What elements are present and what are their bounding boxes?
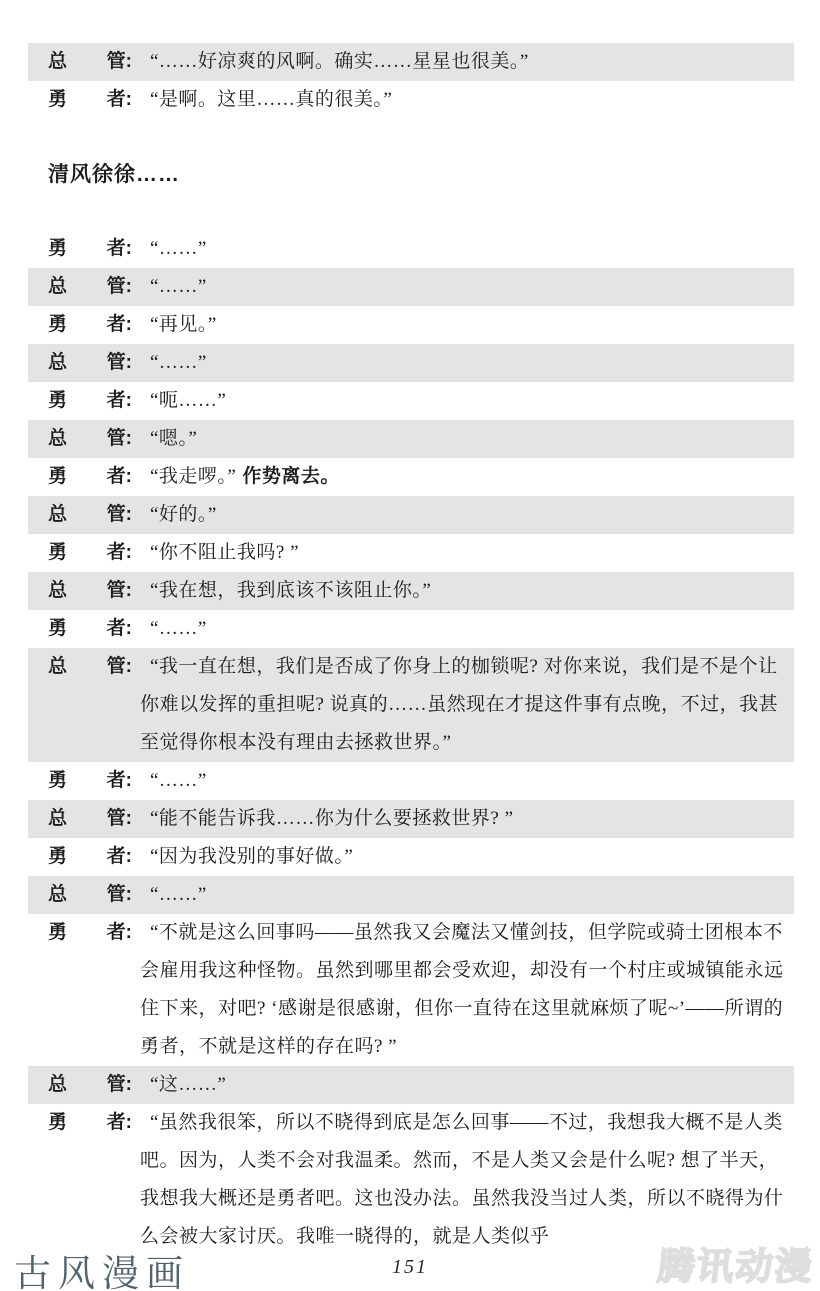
speaker-char: 管: <box>107 876 132 914</box>
speaker-char: 者: <box>107 610 132 648</box>
dialogue-row: 总管:“……好凉爽的风啊。确实……星星也很美。” <box>28 43 794 81</box>
stage-direction: 作势离去。 <box>242 466 340 487</box>
speaker-char: 管: <box>107 572 132 610</box>
speaker-char: 管: <box>107 1066 132 1104</box>
speaker-char: 勇 <box>48 914 67 952</box>
speaker-char: 总 <box>48 648 67 686</box>
dialogue-row: 勇者:“不就是这么回事吗——虽然我又会魔法又懂剑技，但学院或骑士团根本不会雇用我… <box>28 914 794 1066</box>
speaker-char: 者: <box>107 81 132 119</box>
speaker-char: 总 <box>48 344 67 382</box>
speaker-char: 管: <box>107 268 132 306</box>
speaker-label: 总管: <box>48 344 132 382</box>
speaker-char: 总 <box>48 420 67 458</box>
speaker-label: 勇者: <box>48 458 132 496</box>
speaker-label: 勇者: <box>48 306 132 344</box>
dialogue-row: 勇者:“你不阻止我吗? ” <box>28 534 794 572</box>
speaker-label: 总管: <box>48 496 132 534</box>
speaker-char: 勇 <box>48 1104 67 1142</box>
speaker-char: 者: <box>107 1104 132 1142</box>
speaker-label: 总管: <box>48 268 132 306</box>
dialogue-row: 总管:“我一直在想，我们是否成了你身上的枷锁呢? 对你来说，我们是不是个让你难以… <box>28 648 794 762</box>
dialogue-text: “……” <box>140 610 785 648</box>
dialogue-text: “……” <box>140 762 785 800</box>
dialogue-row: 勇者:“是啊。这里……真的很美。” <box>28 81 794 119</box>
speaker-char: 管: <box>107 344 132 382</box>
dialogue-page: 总管:“……好凉爽的风啊。确实……星星也很美。”勇者:“是啊。这里……真的很美。… <box>0 0 820 1256</box>
speaker-char: 者: <box>107 230 132 268</box>
dialogue-text: “我一直在想，我们是否成了你身上的枷锁呢? 对你来说，我们是不是个让你难以发挥的… <box>140 648 785 762</box>
dialogue-row: 总管:“……” <box>28 876 794 914</box>
dialogue-text: “……” <box>140 876 785 914</box>
speaker-char: 者: <box>107 762 132 800</box>
speaker-char: 勇 <box>48 610 67 648</box>
dialogue-text: “再见。” <box>140 306 785 344</box>
dialogue-text: “……” <box>140 268 785 306</box>
speaker-label: 总管: <box>48 648 132 686</box>
dialogue-text: “我在想，我到底该不该阻止你。” <box>140 572 785 610</box>
speaker-char: 总 <box>48 496 67 534</box>
tencent-comics-watermark: 腾讯动漫 <box>655 1236 817 1290</box>
speaker-char: 总 <box>48 43 67 81</box>
speaker-char: 勇 <box>48 306 67 344</box>
speaker-char: 总 <box>48 572 67 610</box>
dialogue-text: “能不能告诉我……你为什么要拯救世界? ” <box>140 800 785 838</box>
dialogue-text: “呃……” <box>140 382 785 420</box>
speaker-char: 勇 <box>48 382 67 420</box>
dialogue-row: 总管:“好的。” <box>28 496 794 534</box>
dialogue-row: 总管:“这……” <box>28 1066 794 1104</box>
speaker-label: 总管: <box>48 876 132 914</box>
speaker-label: 勇者: <box>48 230 132 268</box>
speaker-char: 者: <box>107 914 132 952</box>
speaker-label: 勇者: <box>48 534 132 572</box>
speaker-label: 总管: <box>48 420 132 458</box>
dialogue-text: “不就是这么回事吗——虽然我又会魔法又懂剑技，但学院或骑士团根本不会雇用我这种怪… <box>140 914 785 1066</box>
speaker-label: 勇者: <box>48 838 132 876</box>
dialogue-text: “虽然我很笨，所以不晓得到底是怎么回事——不过，我想我大概不是人类吧。因为，人类… <box>140 1104 785 1256</box>
speaker-label: 总管: <box>48 572 132 610</box>
speaker-label: 勇者: <box>48 610 132 648</box>
speaker-char: 管: <box>107 496 132 534</box>
dialogue-row: 总管:“嗯。” <box>28 420 794 458</box>
speaker-label: 总管: <box>48 1066 132 1104</box>
dialogue-row: 勇者:“……” <box>28 762 794 800</box>
speaker-char: 者: <box>107 306 132 344</box>
dialogue-text: “你不阻止我吗? ” <box>140 534 785 572</box>
dialogue-text: “……” <box>140 230 785 268</box>
speaker-char: 管: <box>107 420 132 458</box>
speaker-char: 管: <box>107 648 132 686</box>
dialogue-section-top: 总管:“……好凉爽的风啊。确实……星星也很美。”勇者:“是啊。这里……真的很美。… <box>0 43 820 119</box>
speaker-char: 勇 <box>48 838 67 876</box>
dialogue-text: “嗯。” <box>140 420 785 458</box>
speaker-label: 勇者: <box>48 914 132 952</box>
speaker-char: 总 <box>48 876 67 914</box>
dialogue-text: “因为我没别的事好做。” <box>140 838 785 876</box>
speaker-char: 管: <box>107 800 132 838</box>
dialogue-row: 勇者:“呃……” <box>28 382 794 420</box>
dialogue-row: 勇者:“再见。” <box>28 306 794 344</box>
dialogue-row: 勇者:“……” <box>28 230 794 268</box>
speaker-char: 者: <box>107 534 132 572</box>
speaker-label: 勇者: <box>48 1104 132 1142</box>
speaker-label: 总管: <box>48 800 132 838</box>
speaker-label: 总管: <box>48 43 132 81</box>
dialogue-text: “……好凉爽的风啊。确实……星星也很美。” <box>140 43 785 81</box>
speaker-char: 者: <box>107 838 132 876</box>
dialogue-row: 总管:“……” <box>28 268 794 306</box>
speaker-char: 管: <box>107 43 132 81</box>
speaker-char: 者: <box>107 458 132 496</box>
speaker-char: 勇 <box>48 534 67 572</box>
speaker-char: 总 <box>48 800 67 838</box>
speaker-char: 者: <box>107 382 132 420</box>
speaker-char: 勇 <box>48 230 67 268</box>
scene-heading: 清风徐徐…… <box>48 160 820 190</box>
dialogue-text: “好的。” <box>140 496 785 534</box>
dialogue-row: 总管:“能不能告诉我……你为什么要拯救世界? ” <box>28 800 794 838</box>
dialogue-row: 勇者:“因为我没别的事好做。” <box>28 838 794 876</box>
speaker-char: 勇 <box>48 762 67 800</box>
speaker-label: 勇者: <box>48 762 132 800</box>
dialogue-row: 总管:“……” <box>28 344 794 382</box>
dialogue-section-main: 勇者:“……”总管:“……”勇者:“再见。”总管:“……”勇者:“呃……”总管:… <box>0 230 820 1256</box>
speaker-char: 总 <box>48 268 67 306</box>
dialogue-row: 勇者:“……” <box>28 610 794 648</box>
dialogue-row: 总管:“我在想，我到底该不该阻止你。” <box>28 572 794 610</box>
dialogue-text: “我走啰。”作势离去。 <box>140 458 785 496</box>
dialogue-row: 勇者:“虽然我很笨，所以不晓得到底是怎么回事——不过，我想我大概不是人类吧。因为… <box>28 1104 794 1256</box>
speaker-char: 勇 <box>48 458 67 496</box>
dialogue-text: “……” <box>140 344 785 382</box>
speaker-char: 勇 <box>48 81 67 119</box>
speaker-label: 勇者: <box>48 81 132 119</box>
dialogue-text: “这……” <box>140 1066 785 1104</box>
dialogue-row: 勇者:“我走啰。”作势离去。 <box>28 458 794 496</box>
speaker-char: 总 <box>48 1066 67 1104</box>
dialogue-text: “是啊。这里……真的很美。” <box>140 81 785 119</box>
speaker-label: 勇者: <box>48 382 132 420</box>
